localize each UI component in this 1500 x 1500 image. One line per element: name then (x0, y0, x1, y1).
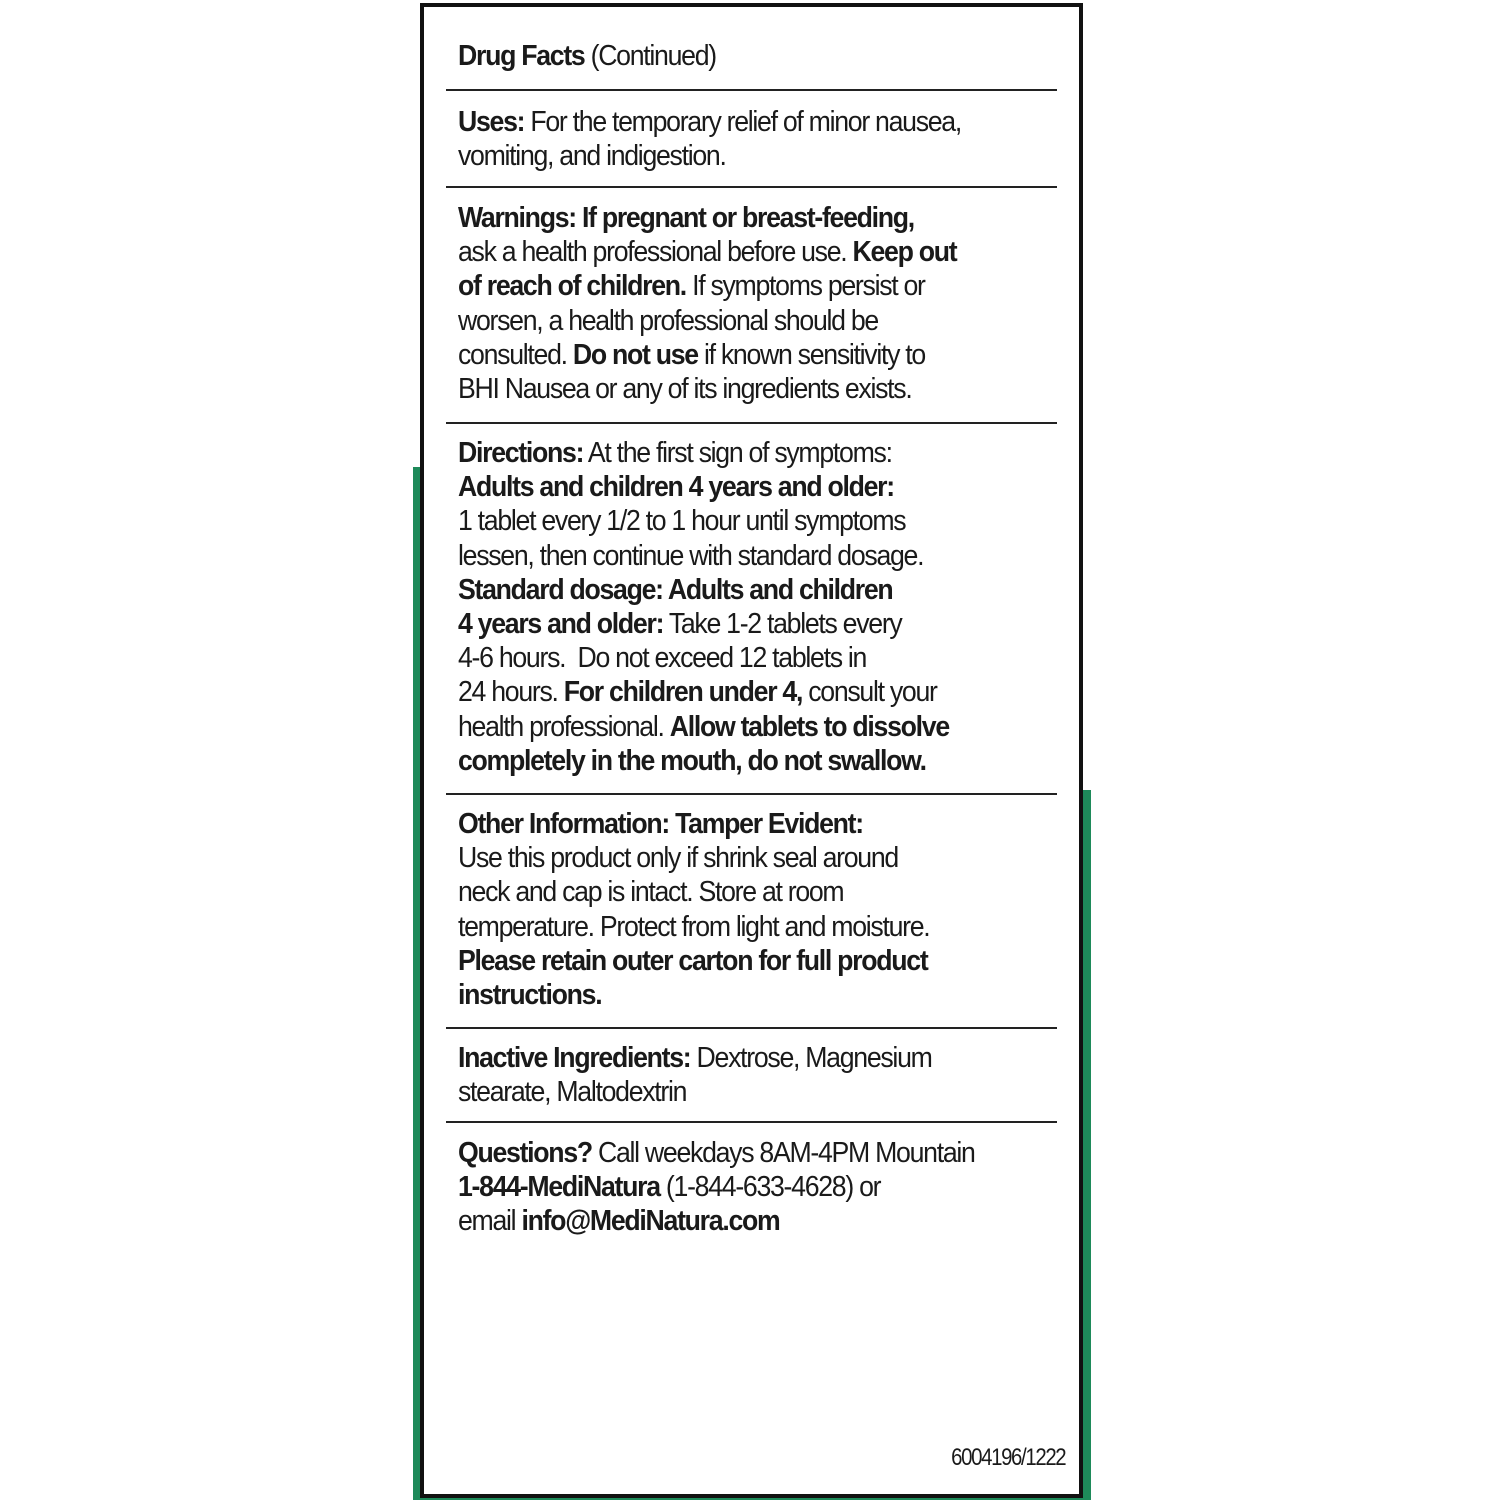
title-rest: (Continued) (584, 40, 715, 72)
uses-text: vomiting, and indigestion. (458, 139, 1009, 173)
directions-heading: Directions: (458, 437, 583, 469)
uses-text: For the temporary relief of minor nausea… (524, 106, 961, 138)
drug-facts-panel: Drug Facts (Continued) Uses: For the tem… (420, 3, 1083, 1498)
warnings-text: ask a health professional before use. (458, 236, 853, 268)
inactive-text: stearate, Maltodextrin (458, 1075, 1009, 1109)
directions-text: 4-6 hours. Do not exceed 12 tablets in (458, 641, 1009, 675)
other-bold: Please retain outer carton for full prod… (458, 944, 1009, 978)
questions-heading: Questions? (458, 1137, 592, 1169)
directions-text: health professional. (458, 711, 670, 743)
directions-text: consult your (802, 676, 937, 708)
questions-text: email (458, 1205, 521, 1237)
warnings-text: BHI Nausea or any of its ingredients exi… (458, 372, 1009, 406)
green-backing-right (1083, 790, 1091, 1500)
directions-text: lessen, then continue with standard dosa… (458, 539, 1009, 573)
inactive-text: Dextrose, Magnesium (690, 1042, 931, 1074)
other-heading: Other Information: Tamper Evident: (458, 807, 1009, 841)
uses-heading: Uses: (458, 106, 524, 138)
phone-number: 1-844-MediNatura (458, 1171, 660, 1203)
inactive-ingredients-section: Inactive Ingredients: Dextrose, Magnesiu… (446, 1029, 1057, 1123)
other-text: temperature. Protect from light and mois… (458, 910, 1009, 944)
directions-text: At the first sign of symptoms: (583, 437, 892, 469)
warnings-text: If symptoms persist or (686, 270, 925, 302)
other-text: neck and cap is intact. Store at room (458, 875, 1009, 909)
directions-section: Directions: At the first sign of symptom… (446, 424, 1057, 795)
product-code: 6004196/1222 (951, 1444, 1065, 1472)
warnings-text: consulted. (458, 339, 573, 371)
other-text: Use this product only if shrink seal aro… (458, 841, 1009, 875)
directions-bold: For children under 4, (564, 676, 802, 708)
warnings-section: Warnings: If pregnant or breast-feeding,… (446, 188, 1057, 424)
directions-text: Take 1-2 tablets every (663, 608, 901, 640)
questions-text: (1-844-633-4628) or (660, 1171, 880, 1203)
directions-text: 1 tablet every 1/2 to 1 hour until sympt… (458, 504, 1009, 538)
inactive-heading: Inactive Ingredients: (458, 1042, 690, 1074)
warnings-bold: Keep out (853, 236, 957, 268)
uses-section: Uses: For the temporary relief of minor … (446, 91, 1057, 188)
title-bold: Drug Facts (458, 40, 584, 72)
warnings-text: worsen, a health professional should be (458, 304, 1009, 338)
other-bold: instructions. (458, 978, 1009, 1012)
directions-bold: Adults and children 4 years and older: (458, 470, 1009, 504)
directions-text: 24 hours. (458, 676, 564, 708)
email-address: info@MediNatura.com (521, 1205, 779, 1237)
directions-bold: completely in the mouth, do not swallow. (458, 744, 1009, 778)
warnings-heading: Warnings: If pregnant or breast-feeding, (458, 201, 1009, 235)
warnings-text: if known sensitivity to (698, 339, 925, 371)
directions-bold: Allow tablets to dissolve (670, 711, 949, 743)
directions-bold: 4 years and older: (458, 608, 663, 640)
other-information-section: Other Information: Tamper Evident: Use t… (446, 795, 1057, 1029)
warnings-bold: Do not use (573, 339, 698, 371)
questions-section: Questions? Call weekdays 8AM-4PM Mountai… (446, 1123, 1057, 1239)
questions-text: Call weekdays 8AM-4PM Mountain (592, 1137, 975, 1169)
drug-facts-title: Drug Facts (Continued) (446, 7, 1057, 91)
warnings-bold: of reach of children. (458, 270, 686, 302)
directions-bold: Standard dosage: Adults and children (458, 573, 1009, 607)
